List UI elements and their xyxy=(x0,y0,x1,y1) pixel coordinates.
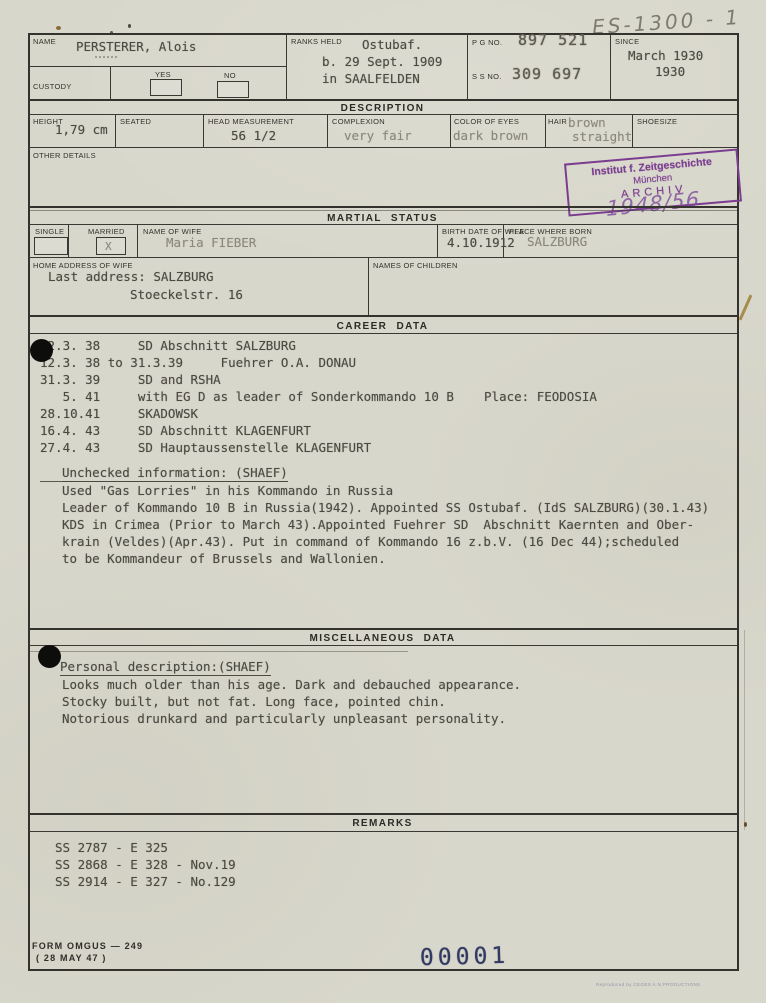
pencil-mark xyxy=(95,56,117,58)
since-value-line1: March 1930 xyxy=(628,47,703,64)
hole-punch xyxy=(38,645,61,668)
divider xyxy=(110,66,111,100)
single-checkbox xyxy=(34,237,68,255)
height-value: 1,79 cm xyxy=(55,121,108,138)
custody-no-checkbox xyxy=(217,81,249,98)
unchecked-info-line: to be Kommandeur of Brussels and Walloni… xyxy=(62,550,386,567)
other-details-label: OTHER DETAILS xyxy=(33,151,96,160)
divider xyxy=(28,645,737,646)
divider xyxy=(437,225,438,257)
complexion-value: very fair xyxy=(344,127,412,144)
divider xyxy=(450,115,451,147)
paper-speck xyxy=(56,26,61,30)
divider xyxy=(115,115,116,147)
divider xyxy=(30,66,286,67)
remarks-line: SS 2868 - E 328 - Nov.19 xyxy=(55,856,236,873)
divider xyxy=(610,33,611,100)
career-entry: 16.4. 43 SD Abschnitt KLAGENFURT xyxy=(40,422,311,439)
divider xyxy=(28,206,737,208)
birth-place-value: in SAALFELDEN xyxy=(322,70,420,87)
career-data-section-title: CAREER DATA xyxy=(28,320,737,333)
single-label: SINGLE xyxy=(35,227,64,236)
divider xyxy=(467,33,468,100)
divider xyxy=(368,258,369,315)
eye-color-value: dark brown xyxy=(453,127,528,144)
divider xyxy=(28,99,737,101)
seated-label: SEATED xyxy=(120,117,151,126)
divider xyxy=(28,831,737,832)
career-entry: 5. 41 with EG D as leader of Sonderkomma… xyxy=(40,388,597,405)
career-entry: 12.3. 38 SD Abschnitt SALZBURG xyxy=(40,337,296,354)
microprint-text: Reproduced by CEGES A.N.PRODUCTIONS xyxy=(596,983,701,988)
divider xyxy=(28,210,737,211)
personal-description-heading-text: Personal description:(SHAEF) xyxy=(60,659,271,676)
wife-birthdate-value: 4.10.1912 xyxy=(447,234,515,251)
scanned-form-page: ES-1300 - 1 NAME PERSTERER, Alois CUSTOD… xyxy=(0,0,766,1003)
ss-no-value: 309 697 xyxy=(512,66,582,83)
serial-number-stamp: 00001 xyxy=(420,945,510,970)
name-label: NAME xyxy=(33,37,56,46)
remarks-line: SS 2914 - E 327 - No.129 xyxy=(55,873,236,890)
rank-value: Ostubaf. xyxy=(362,36,422,53)
miscellaneous-data-section-title: MISCELLANEOUS DATA xyxy=(28,632,737,645)
shoesize-label: SHOESIZE xyxy=(637,117,677,126)
divider xyxy=(28,651,408,652)
head-measurement-label: HEAD MEASUREMENT xyxy=(208,117,294,126)
divider xyxy=(286,33,287,100)
form-number: FORM OMGUS — 249 xyxy=(32,940,143,952)
custody-yes-label: YES xyxy=(155,70,171,79)
unchecked-info-heading: Unchecked information: (SHAEF) xyxy=(62,464,288,481)
personal-description-line: Notorious drunkard and particularly unpl… xyxy=(62,710,506,727)
head-measurement-value: 56 1/2 xyxy=(231,127,276,144)
unchecked-info-heading-text: Unchecked information: (SHAEF) xyxy=(62,465,288,482)
pen-mark xyxy=(739,295,753,321)
unchecked-info-line: KDS in Crimea (Prior to March 43).Appoin… xyxy=(62,516,694,533)
divider xyxy=(28,114,737,115)
unchecked-info-line: Used "Gas Lorries" in his Kommando in Ru… xyxy=(62,482,393,499)
name-value: PERSTERER, Alois xyxy=(76,38,196,55)
divider xyxy=(28,333,737,334)
pg-no-label: P G NO. xyxy=(472,38,502,47)
career-entry: 27.4. 43 SD Hauptaussenstelle KLAGENFURT xyxy=(40,439,371,456)
personal-description-heading: Personal description:(SHAEF) xyxy=(60,658,271,675)
divider xyxy=(28,257,737,258)
paper-speck xyxy=(128,24,131,28)
remarks-section-title: REMARKS xyxy=(28,817,737,830)
married-checkbox-mark: X xyxy=(105,238,112,255)
divider xyxy=(28,628,737,630)
married-label: MARRIED xyxy=(88,227,125,236)
ranks-held-label: RANKS HELD xyxy=(291,37,342,46)
pg-no-value: 897 521 xyxy=(518,32,588,49)
career-entry: 28.10.41 SKADOWSK xyxy=(40,405,198,422)
birth-date-value: b. 29 Sept. 1909 xyxy=(322,53,442,70)
divider xyxy=(68,225,69,257)
wife-address-line1: Last address: SALZBURG xyxy=(48,268,214,285)
wife-address-line2: Stoeckelstr. 16 xyxy=(130,286,243,303)
divider xyxy=(545,115,546,147)
since-label: SINCE xyxy=(615,37,639,46)
divider xyxy=(28,813,737,815)
divider xyxy=(203,115,204,147)
divider xyxy=(28,315,737,317)
personal-description-line: Looks much older than his age. Dark and … xyxy=(62,676,521,693)
complexion-label: COMPLEXION xyxy=(332,117,385,126)
underline-segment xyxy=(40,481,62,482)
hole-punch xyxy=(30,339,53,362)
unchecked-info-line: Leader of Kommando 10 B in Russia(1942).… xyxy=(62,499,709,516)
hair-label: HAIR xyxy=(548,117,567,126)
career-entry: 31.3. 39 SD and RSHA xyxy=(40,371,221,388)
divider xyxy=(137,225,138,257)
divider xyxy=(28,224,737,225)
children-names-label: NAMES OF CHILDREN xyxy=(373,261,458,270)
eye-color-label: COLOR OF EYES xyxy=(454,117,519,126)
remarks-line: SS 2787 - E 325 xyxy=(55,839,168,856)
wife-name-value: Maria FIEBER xyxy=(166,234,256,251)
custody-no-label: NO xyxy=(224,71,236,80)
custody-label: CUSTODY xyxy=(33,82,72,91)
since-value-line2: 1930 xyxy=(655,63,685,80)
ss-no-label: S S NO. xyxy=(472,72,502,81)
unchecked-info-line: krain (Veldes)(Apr.43). Put in command o… xyxy=(62,533,679,550)
divider xyxy=(327,115,328,147)
scan-crease xyxy=(744,630,745,830)
custody-yes-checkbox xyxy=(150,79,182,96)
personal-description-line: Stocky built, but not fat. Long face, po… xyxy=(62,693,446,710)
career-entry: 12.3. 38 to 31.3.39 Fuehrer O.A. DONAU xyxy=(40,354,356,371)
form-date: ( 28 MAY 47 ) xyxy=(36,952,107,964)
divider xyxy=(28,147,737,148)
wife-birthplace-value: SALZBURG xyxy=(527,233,587,250)
hair-value-texture: straight xyxy=(572,128,632,145)
